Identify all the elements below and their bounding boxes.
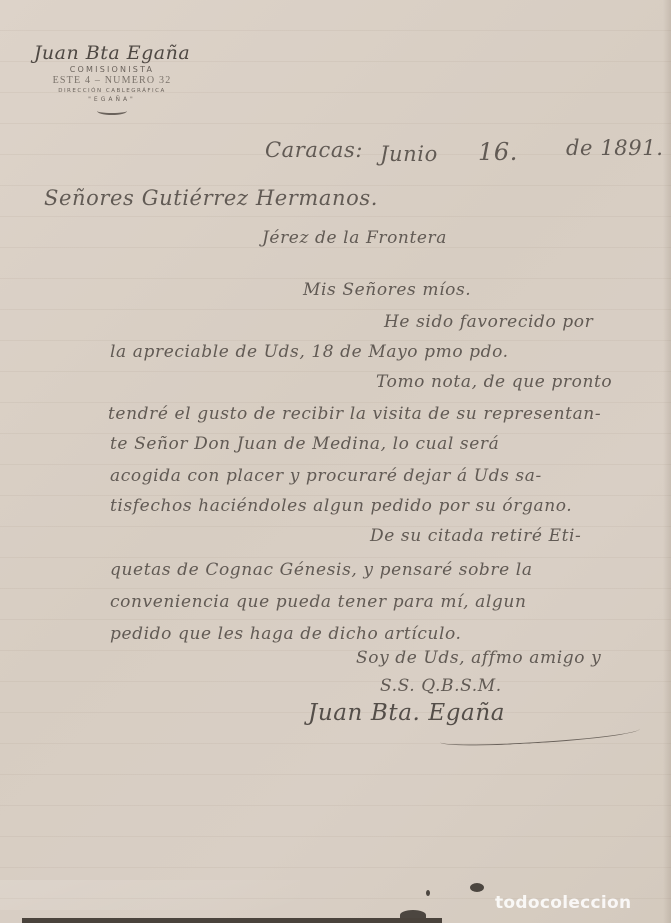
body-line: conveniencia que pueda tener para mí, al…: [110, 592, 527, 612]
salutation: Mis Señores míos.: [303, 280, 471, 300]
closing-line: Soy de Uds, affmo amigo y: [356, 648, 601, 668]
recipient-line-2: Jérez de la Frontera: [262, 228, 447, 248]
letterhead-cable-label: DIRECCIÓN CABLEGRÁFICA: [22, 88, 202, 94]
letterhead-flourish-icon: [97, 107, 127, 115]
body-line: acogida con placer y procuraré dejar á U…: [110, 466, 542, 486]
watermark: todocoleccion: [495, 893, 631, 913]
ink-spot-icon: [470, 883, 484, 892]
body-line: De su citada retiré Eti-: [370, 526, 581, 546]
closing-line: S.S. Q.B.S.M.: [380, 676, 502, 696]
date-month: Junio: [380, 142, 438, 166]
letterhead-role: COMISIONISTA: [22, 65, 202, 74]
body-line: Tomo nota, de que pronto: [376, 372, 612, 392]
signature: Juan Bta. Egaña: [308, 700, 505, 726]
letterhead-cable-name: "EGAÑA": [22, 96, 202, 103]
date-day: 16.: [478, 138, 518, 166]
letterhead-address: ESTE 4 – NUMERO 32: [22, 75, 202, 86]
body-line: pedido que les haga de dicho artículo.: [110, 624, 462, 644]
letterhead-name: Juan Bta Egaña: [22, 42, 202, 64]
body-line: la apreciable de Uds, 18 de Mayo pmo pdo…: [110, 342, 509, 362]
bottom-dark-strip: [22, 918, 442, 923]
date-city: Caracas:: [265, 138, 363, 162]
paper-edge-shadow: [663, 0, 671, 923]
body-line: tendré el gusto de recibir la visita de …: [108, 404, 601, 424]
body-line: quetas de Cognac Génesis, y pensaré sobr…: [110, 560, 533, 580]
recipient-line-1: Señores Gutiérrez Hermanos.: [44, 186, 378, 210]
letterhead: Juan Bta Egaña COMISIONISTA ESTE 4 – NUM…: [22, 42, 202, 115]
body-line: He sido favorecido por: [384, 312, 593, 332]
ink-spot-icon: [426, 890, 430, 896]
body-line: tisfechos haciéndoles algun pedido por s…: [110, 496, 572, 516]
paper-fold: [0, 880, 300, 910]
body-line: te Señor Don Juan de Medina, lo cual ser…: [110, 434, 499, 454]
date-year: de 1891.: [566, 136, 663, 160]
